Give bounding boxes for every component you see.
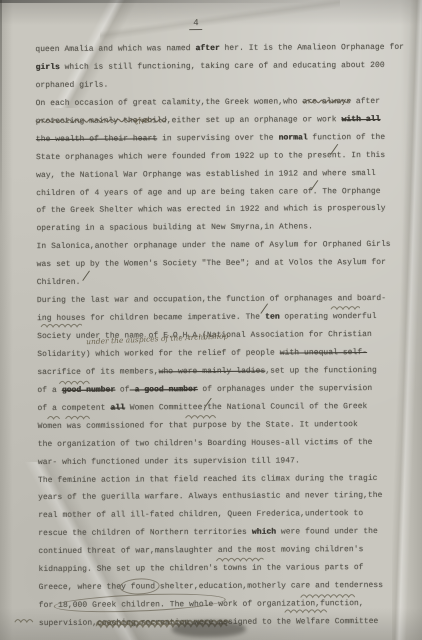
handwritten-scribble <box>58 377 92 395</box>
handwritten-scribble <box>215 554 263 572</box>
handwritten-slash: / <box>312 181 318 191</box>
handwritten-slash: / <box>261 304 267 314</box>
handwritten-scribble <box>47 412 61 430</box>
ink-smudge <box>172 621 246 637</box>
page-content: 4 queen Amalia and which was named after… <box>0 0 422 640</box>
handwritten-slash: / <box>205 399 211 409</box>
annotation-layer: the////under the auspices of the Archbis… <box>0 0 422 640</box>
handwritten-note: the <box>134 115 150 127</box>
handwritten-circle <box>53 591 226 615</box>
handwritten-scribble <box>185 411 217 429</box>
handwritten-scribble <box>40 320 82 338</box>
handwritten-scribble <box>14 615 36 633</box>
handwritten-slash: / <box>331 145 337 155</box>
handwritten-scribble <box>284 605 330 623</box>
document-page: 4 queen Amalia and which was named after… <box>0 0 422 640</box>
handwritten-slash: / <box>83 272 89 282</box>
handwritten-note: under the auspices of the Archbishop <box>86 331 229 347</box>
handwritten-scribble <box>65 412 91 430</box>
handwritten-circle <box>119 578 160 596</box>
handwritten-scribble <box>330 302 360 320</box>
